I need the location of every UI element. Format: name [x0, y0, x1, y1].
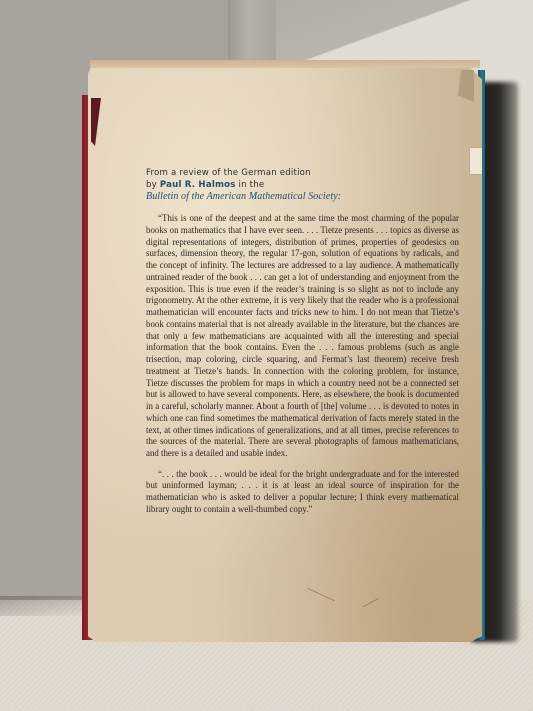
- reviewer-name: Paul R. Halmos: [160, 180, 236, 190]
- review-quote-paragraph-1: “This is one of the deepest and at the s…: [146, 213, 459, 460]
- review-quote-paragraph-2: “. . . the book . . . would be ideal for…: [146, 469, 459, 516]
- intro-in: in the: [236, 180, 265, 190]
- intro-line-1: From a review of the German edition: [146, 167, 459, 179]
- review-intro: From a review of the German edition by P…: [146, 167, 459, 203]
- review-text-block: From a review of the German edition by P…: [146, 167, 459, 525]
- intro-by: by: [146, 180, 160, 190]
- floor-shadow: [0, 596, 90, 616]
- tape-piece: [470, 148, 482, 174]
- intro-line-2: by Paul R. Halmos in the: [146, 179, 459, 191]
- journal-name: Bulletin of the American Mathematical So…: [146, 191, 459, 203]
- cover-top-edge: [90, 60, 480, 68]
- backdrop-shadow: [276, 0, 533, 62]
